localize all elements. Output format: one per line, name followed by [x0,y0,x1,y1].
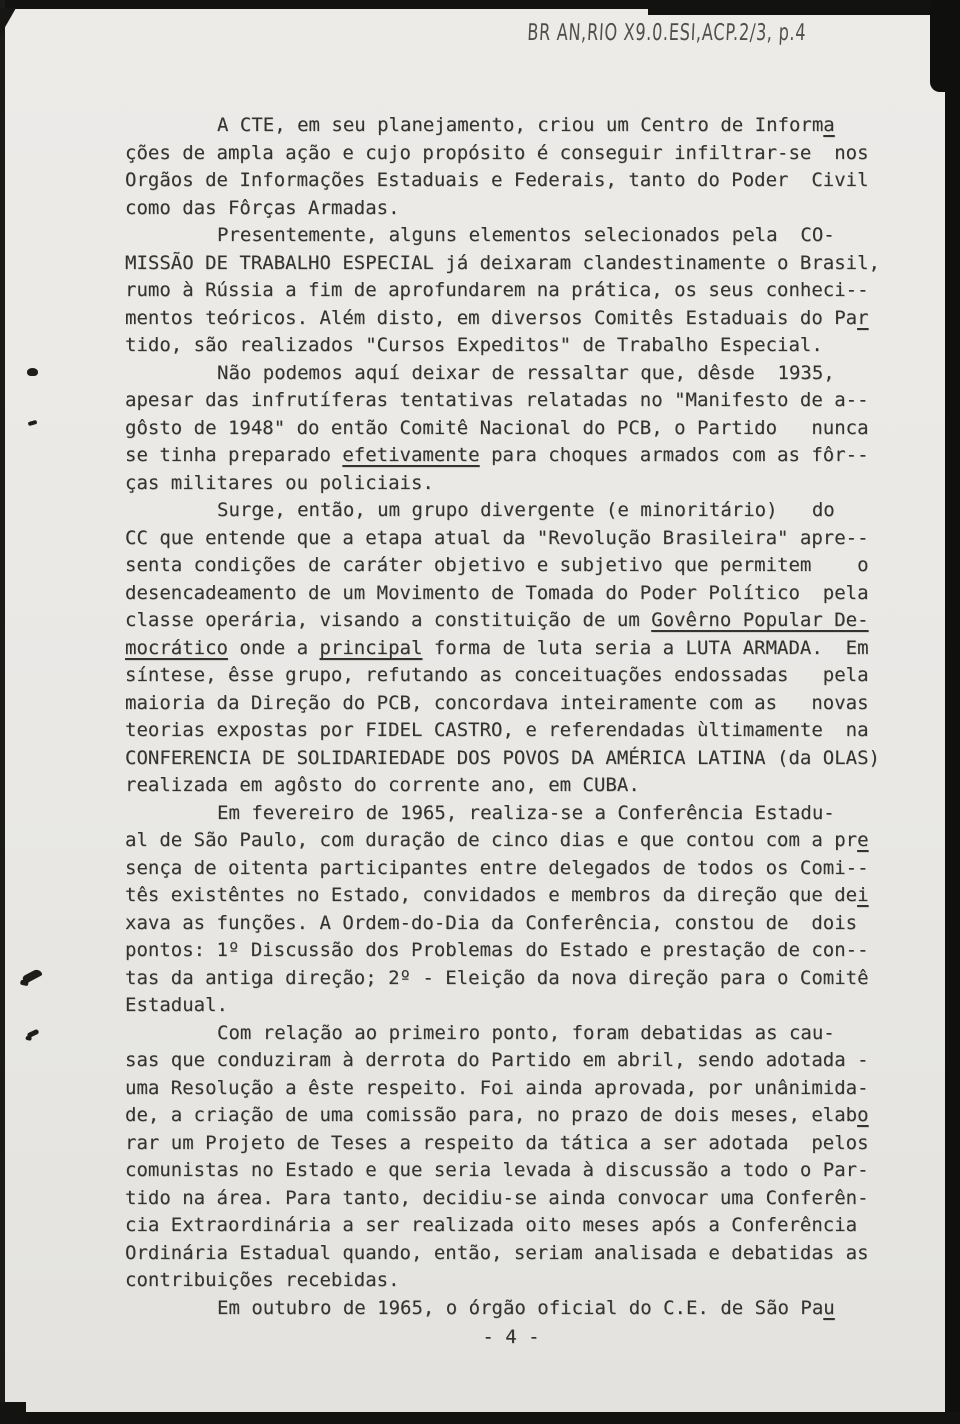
underlined-text: Govêrno Popular De- [651,609,868,631]
text-segment: Em fevereiro de 1965, realiza-se a Confe… [217,802,835,824]
text-line: apesar das infrutíferas tentativas relat… [125,387,897,415]
text-segment: síntese, êsse grupo, refutando as concei… [125,664,869,686]
text-segment: classe operária, visando a constituição … [125,609,651,631]
text-line: ças militares ou policiais. [125,470,897,498]
text-line: senta condições de caráter objetivo e su… [125,552,897,580]
text-line: CC que entende que a etapa atual da "Rev… [125,525,897,553]
scan-edge-top-right [648,0,960,15]
text-segment: onde a [228,637,320,659]
scan-edge-bottom [0,1412,960,1424]
underlined-text: o [857,1104,868,1126]
pen-mark-dot [27,368,38,376]
text-segment: xava as funções. A Ordem-do-Dia da Confe… [125,912,857,934]
text-line: Não podemos aquí deixar de ressaltar que… [125,360,897,388]
text-segment: CONFERENCIA DE SOLIDARIEDADE DOS POVOS D… [125,747,880,769]
text-segment: Ordinária Estadual quando, então, seriam… [125,1242,869,1264]
text-line: ções de ampla ação e cujo propósito é co… [125,140,897,168]
text-line: síntese, êsse grupo, refutando as concei… [125,662,897,690]
text-segment: para choques armados com as fôr-- [480,444,869,466]
text-line: Surge, então, um grupo divergente (e min… [125,497,897,525]
text-segment: al de São Paulo, com duração de cinco di… [125,829,857,851]
text-line: rar um Projeto de Teses a respeito da tá… [125,1130,897,1158]
text-line: teorias expostas por FIDEL CASTRO, e ref… [125,717,897,745]
text-segment: tas da antiga direção; 2º - Eleição da n… [125,967,869,989]
text-segment: contribuições recebidas. [125,1269,400,1291]
text-line: MISSÃO DE TRABALHO ESPECIAL já deixaram … [125,250,897,278]
text-line: al de São Paulo, com duração de cinco di… [125,827,897,855]
scan-edge-right [945,0,960,1424]
text-line: mentos teóricos. Além disto, em diversos… [125,305,897,333]
text-segment: cia Extraordinária a ser realizada oito … [125,1214,857,1236]
text-segment: senta condições de caráter objetivo e su… [125,554,869,576]
text-line: como das Fôrças Armadas. [125,195,897,223]
scan-corner-top-left [0,8,16,36]
underlined-text: e [857,829,868,851]
text-segment: Presentemente, alguns elementos selecion… [217,224,835,246]
text-line: sas que conduziram à derrota do Partido … [125,1047,897,1075]
text-line: Ordinária Estadual quando, então, seriam… [125,1240,897,1268]
text-segment: tido na área. Para tanto, decidiu-se ain… [125,1187,869,1209]
text-segment: como das Fôrças Armadas. [125,197,400,219]
text-segment: rar um Projeto de Teses a respeito da tá… [125,1132,869,1154]
underlined-text: principal [319,637,422,659]
text-segment: Em outubro de 1965, o órgão oficial do C… [217,1297,823,1319]
underlined-text: u [823,1297,834,1319]
text-line: se tinha preparado efetivamente para cho… [125,442,897,470]
text-segment: Estadual. [125,994,228,1016]
text-line: pontos: 1º Discussão dos Problemas do Es… [125,937,897,965]
text-line: Presentemente, alguns elementos selecion… [125,222,897,250]
text-line: uma Resolução a êste respeito. Foi ainda… [125,1075,897,1103]
text-line: de, a criação de uma comissão para, no p… [125,1102,897,1130]
text-segment: sas que conduziram à derrota do Partido … [125,1049,869,1071]
text-line: desencadeamento de um Movimento de Tomad… [125,580,897,608]
text-segment: tido, são realizados "Cursos Expeditos" … [125,334,823,356]
text-segment: rumo à Rússia a fim de aprofundarem na p… [125,279,869,301]
text-line: classe operária, visando a constituição … [125,607,897,635]
text-segment: pontos: 1º Discussão dos Problemas do Es… [125,939,869,961]
text-line: Estadual. [125,992,897,1020]
text-segment: se tinha preparado [125,444,342,466]
text-segment: A CTE, em seu planejamento, criou um Cen… [217,114,823,136]
text-line: tido na área. Para tanto, decidiu-se ain… [125,1185,897,1213]
document-body: A CTE, em seu planejamento, criou um Cen… [125,112,897,1322]
pen-mark-tick-large [21,968,42,984]
text-line: realizada em agôsto do corrente ano, em … [125,772,897,800]
text-line: mocrático onde a principal forma de luta… [125,635,897,663]
text-segment: desencadeamento de um Movimento de Tomad… [125,582,869,604]
text-line: cia Extraordinária a ser realizada oito … [125,1212,897,1240]
text-segment: tês existêntes no Estado, convidados e m… [125,884,857,906]
text-segment: MISSÃO DE TRABALHO ESPECIAL já deixaram … [125,252,880,274]
text-segment: Surge, então, um grupo divergente (e min… [217,499,835,521]
scan-page: { "scan": { "archive_reference": "BR AN,… [0,0,960,1424]
text-line: tas da antiga direção; 2º - Eleição da n… [125,965,897,993]
text-segment: sença de oitenta participantes entre del… [125,857,869,879]
text-segment: comunistas no Estado e que seria levada … [125,1159,869,1181]
archive-annotation: BR AN,RIO X9.0.ESI,ACP.2/3, p.4 [527,20,807,46]
underlined-text: efetivamente [342,444,479,466]
text-segment: ções de ampla ação e cujo propósito é co… [125,142,869,164]
text-segment: realizada em agôsto do corrente ano, em … [125,774,640,796]
text-segment: uma Resolução a êste respeito. Foi ainda… [125,1077,869,1099]
text-line: maioria da Direção do PCB, concordava in… [125,690,897,718]
text-segment: forma de luta seria a LUTA ARMADA. Em [422,637,868,659]
text-segment: teorias expostas por FIDEL CASTRO, e ref… [125,719,869,741]
text-line: sença de oitenta participantes entre del… [125,855,897,883]
scan-corner-top-right [930,0,960,92]
text-line: xava as funções. A Ordem-do-Dia da Confe… [125,910,897,938]
text-segment: de, a criação de uma comissão para, no p… [125,1104,857,1126]
underlined-text: mocrático [125,637,228,659]
underlined-text: r [857,307,868,329]
text-line: comunistas no Estado e que seria levada … [125,1157,897,1185]
scan-corner-bottom-left [0,1402,26,1424]
text-segment: CC que entende que a etapa atual da "Rev… [125,527,869,549]
pen-mark-dash [28,420,38,426]
text-line: tês existêntes no Estado, convidados e m… [125,882,897,910]
text-line: rumo à Rússia a fim de aprofundarem na p… [125,277,897,305]
text-line: tido, são realizados "Cursos Expeditos" … [125,332,897,360]
text-line: Orgãos de Informações Estaduais e Federa… [125,167,897,195]
underlined-text: i [857,884,868,906]
text-segment: Orgãos de Informações Estaduais e Federa… [125,169,869,191]
text-segment: gôsto de 1948" do então Comitê Nacional … [125,417,869,439]
underlined-text: a [823,114,834,136]
pen-mark-tick-small [27,1029,40,1039]
text-line: A CTE, em seu planejamento, criou um Cen… [125,112,897,140]
text-segment: Com relação ao primeiro ponto, foram deb… [217,1022,835,1044]
text-segment: apesar das infrutíferas tentativas relat… [125,389,869,411]
scan-edge-left [0,0,5,1424]
text-line: Com relação ao primeiro ponto, foram deb… [125,1020,897,1048]
text-line: CONFERENCIA DE SOLIDARIEDADE DOS POVOS D… [125,745,897,773]
text-segment: Não podemos aquí deixar de ressaltar que… [217,362,835,384]
text-line: contribuições recebidas. [125,1267,897,1295]
text-segment: maioria da Direção do PCB, concordava in… [125,692,869,714]
text-segment: mentos teóricos. Além disto, em diversos… [125,307,857,329]
page-number: - 4 - [125,1326,897,1348]
text-line: Em outubro de 1965, o órgão oficial do C… [125,1295,897,1323]
text-line: Em fevereiro de 1965, realiza-se a Confe… [125,800,897,828]
text-segment: ças militares ou policiais. [125,472,434,494]
text-line: gôsto de 1948" do então Comitê Nacional … [125,415,897,443]
